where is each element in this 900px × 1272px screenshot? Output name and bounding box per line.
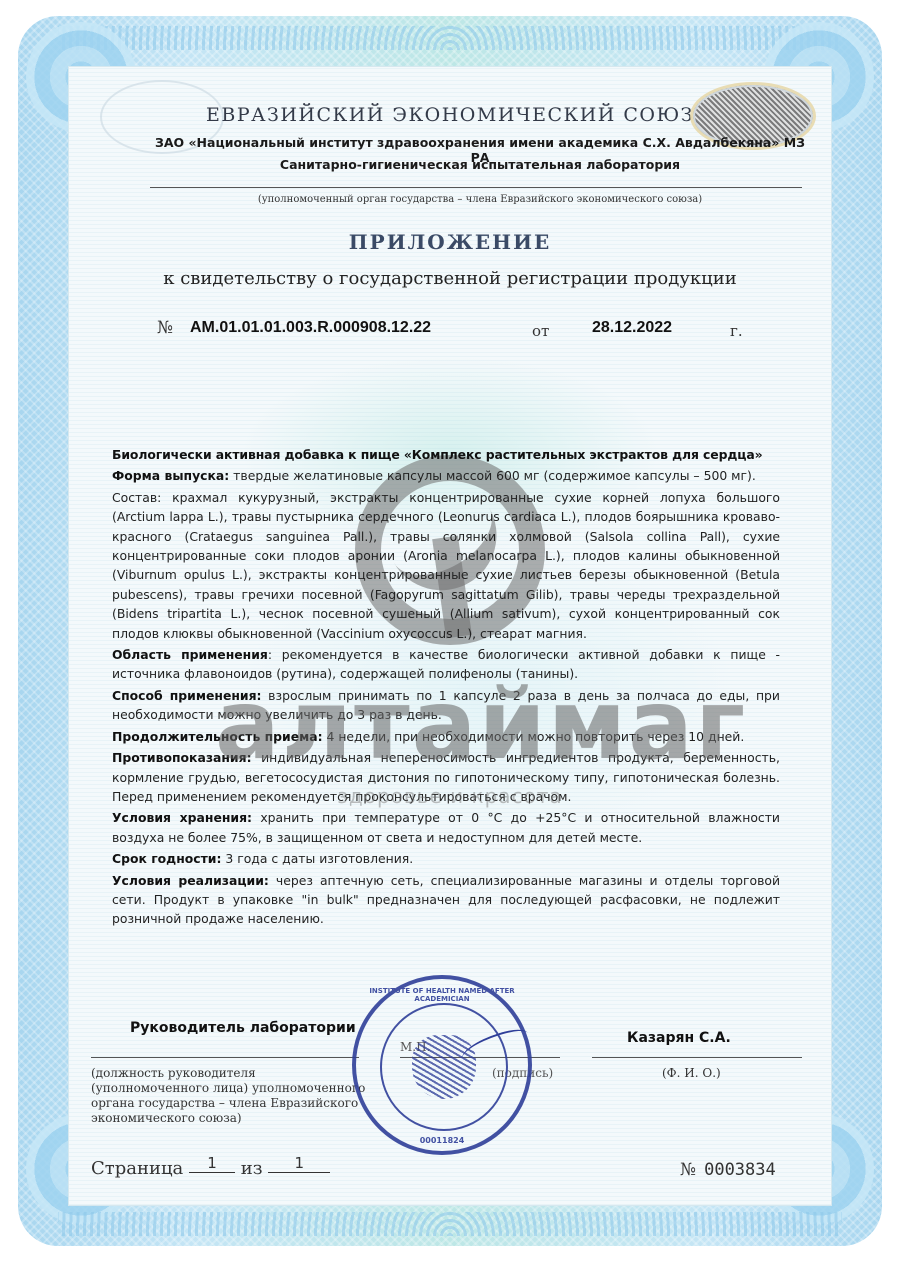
section-label: Условия реализации: <box>112 873 269 888</box>
watermark-tagline: здоровье и красота <box>280 784 620 808</box>
year-suffix: г. <box>730 322 743 340</box>
number-sign: № <box>157 318 173 338</box>
position-caption: (должность руководителя (уполномоченного… <box>91 1066 371 1126</box>
product-name: Биологически активная добавка к пище «Ко… <box>112 445 780 464</box>
section-text: 3 года с даты изготовления. <box>221 851 413 866</box>
section-storage: Условия хранения: хранить при температур… <box>112 808 780 847</box>
position-rule <box>91 1057 359 1058</box>
number-sign: № <box>680 1160 696 1180</box>
page-label: Страница <box>91 1158 183 1179</box>
page-current: 1 <box>189 1154 235 1173</box>
watermark-brand: алтаймаг <box>215 670 695 780</box>
section-text: твердые желатиновые капсулы массой 600 м… <box>229 468 756 483</box>
page-counter: Страница 1 из 1 <box>91 1158 330 1179</box>
stamp-inner-circle <box>380 1003 508 1131</box>
signatory-position: Руководитель лаборатории <box>130 1020 356 1036</box>
section-label: Срок годности: <box>112 851 221 866</box>
section-label: Условия хранения: <box>112 810 252 825</box>
stamp-ring-text: INSTITUTE OF HEALTH NAMED AFTER ACADEMIC… <box>356 987 528 1003</box>
form-number: №0003834 <box>680 1160 776 1180</box>
page-subtitle: к свидетельству о государственной регист… <box>0 268 900 289</box>
header-rule <box>150 187 802 188</box>
page-title: ПРИЛОЖЕНИЕ <box>0 230 900 254</box>
from-label: от <box>532 322 549 340</box>
laboratory-name: Санитарно-гигиеническая испытательная ла… <box>150 157 810 172</box>
section-shelf-life: Срок годности: 3 года с даты изготовлени… <box>112 849 780 868</box>
stamp-code: 00011824 <box>356 1136 528 1145</box>
registration-date: 28.12.2022 <box>592 319 672 337</box>
form-number-value: 0003834 <box>704 1160 776 1180</box>
section-label: Область применения <box>112 647 268 662</box>
section-label: Форма выпуска: <box>112 468 229 483</box>
name-rule <box>592 1057 802 1058</box>
section-composition: Состав: крахмал кукурузный, экстракты ко… <box>112 488 780 643</box>
coat-of-arms-icon <box>412 1035 476 1099</box>
signatory-name: Казарян С.А. <box>627 1030 731 1046</box>
authority-caption: (уполномоченный орган государства – член… <box>150 194 810 205</box>
section-form: Форма выпуска: твердые желатиновые капсу… <box>112 466 780 485</box>
section-sales: Условия реализации: через аптечную сеть,… <box>112 871 780 929</box>
page-total: 1 <box>268 1154 330 1173</box>
name-caption: (Ф. И. О.) <box>662 1066 721 1080</box>
official-stamp: INSTITUTE OF HEALTH NAMED AFTER ACADEMIC… <box>352 975 532 1155</box>
registration-number: AM.01.01.01.003.R.000908.12.22 <box>190 319 431 337</box>
of-label: из <box>241 1158 263 1179</box>
section-text: Состав: крахмал кукурузный, экстракты ко… <box>112 490 780 641</box>
